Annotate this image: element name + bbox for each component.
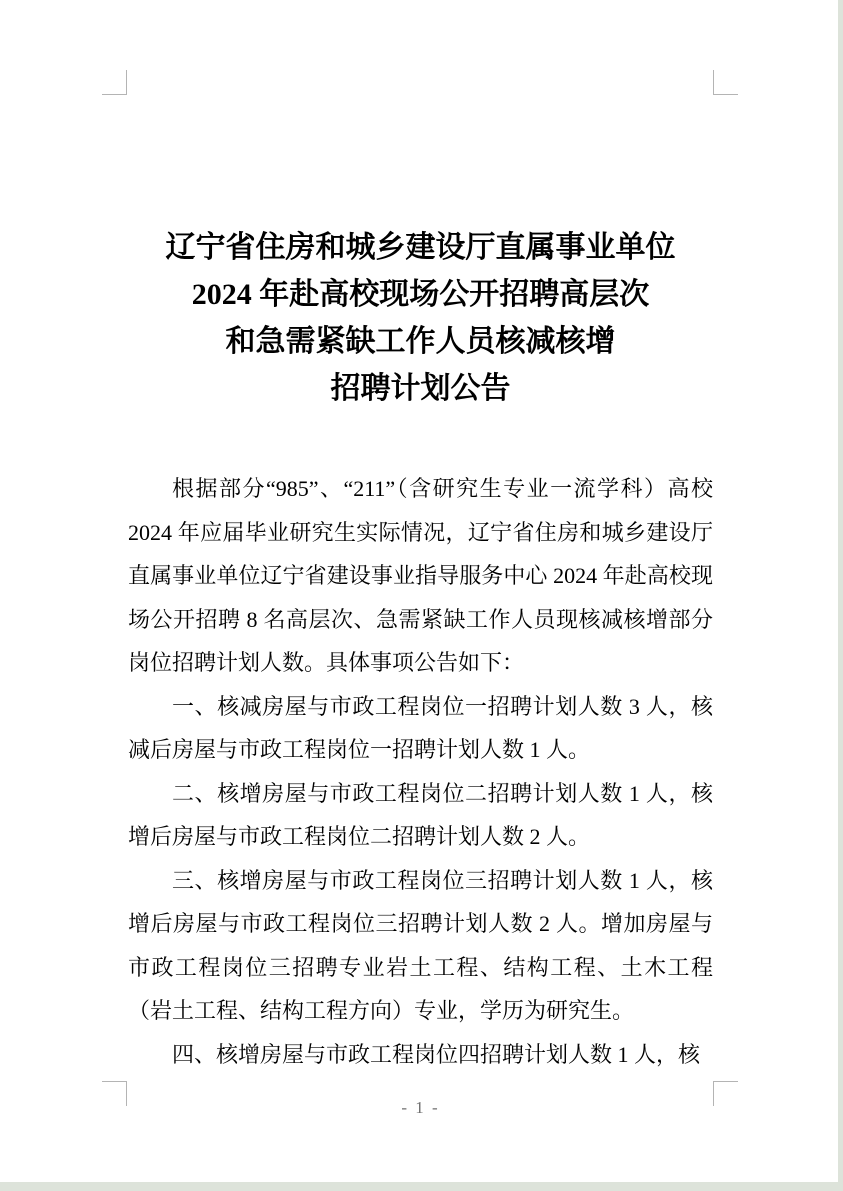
margin-crop-mark-top-left <box>102 70 127 95</box>
body-paragraph: 四、核增房屋与市政工程岗位四招聘计划人数 1 人，核 <box>128 1033 713 1077</box>
document-page: 辽宁省住房和城乡建设厅直属事业单位2024 年赴高校现场公开招聘高层次和急需紧缺… <box>0 0 838 1182</box>
margin-crop-mark-top-right <box>713 70 738 95</box>
margin-crop-mark-bottom-right <box>713 1081 738 1106</box>
margin-crop-mark-bottom-left <box>102 1081 127 1106</box>
body-paragraph: 一、核减房屋与市政工程岗位一招聘计划人数 3 人，核减后房屋与市政工程岗位一招聘… <box>128 685 713 772</box>
page-number: - 1 - <box>128 1098 713 1118</box>
title-line: 2024 年赴高校现场公开招聘高层次 <box>128 271 713 318</box>
title-line: 辽宁省住房和城乡建设厅直属事业单位 <box>128 224 713 271</box>
title-line: 招聘计划公告 <box>128 365 713 412</box>
document-body: 根据部分“985”、“211”（含研究生专业一流学科）高校 2024 年应届毕业… <box>128 467 713 1079</box>
body-paragraph: 根据部分“985”、“211”（含研究生专业一流学科）高校 2024 年应届毕业… <box>128 467 713 685</box>
title-line: 和急需紧缺工作人员核减核增 <box>128 318 713 365</box>
document-title: 辽宁省住房和城乡建设厅直属事业单位2024 年赴高校现场公开招聘高层次和急需紧缺… <box>128 224 713 412</box>
body-paragraph: 三、核增房屋与市政工程岗位三招聘计划人数 1 人，核增后房屋与市政工程岗位三招聘… <box>128 859 713 1033</box>
body-paragraph: 二、核增房屋与市政工程岗位二招聘计划人数 1 人，核增后房屋与市政工程岗位二招聘… <box>128 772 713 859</box>
